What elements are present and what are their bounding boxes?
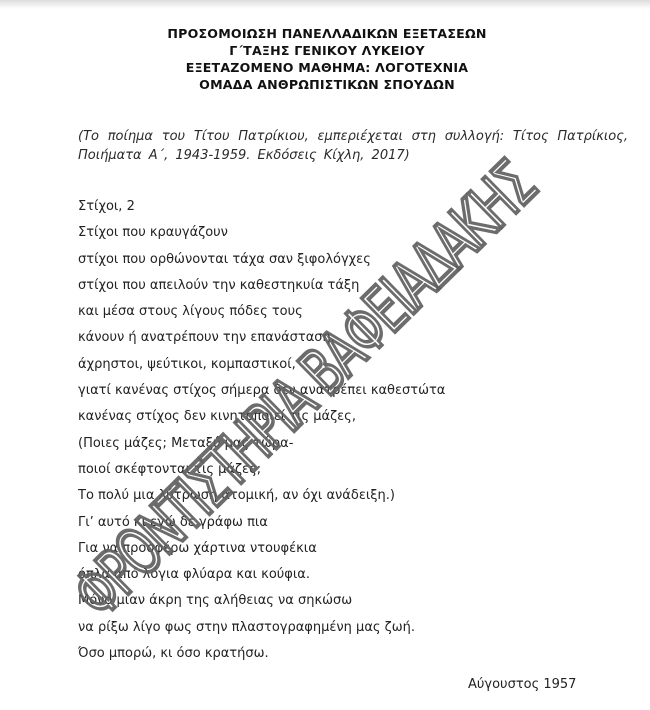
poem-verse: στίχοι που ορθώνονται τάχα σαν ξιφολόγχε… [78,247,445,273]
poem-verse: Για να προσφέρω χάρτινα ντουφέκια [78,536,445,562]
top-shade [0,0,650,9]
poem-title: Στίχοι, 2 [78,194,445,220]
header-line-exam-title: ΠΡΟΣΟΜΟΙΩΣΗ ΠΑΝΕΛΛΑΔΙΚΩΝ ΕΞΕΤΑΣΕΩΝ [0,25,650,42]
header-line-subject: ΕΞΕΤΑΖΟΜΕΝΟ ΜΑΘΗΜΑ: ΛΟΓΟΤΕΧΝΙΑ [0,59,650,76]
source-note: (Το ποίημα του Τίτου Πατρίκιου, εμπεριέχ… [78,127,628,165]
poem-verse: (Ποιες μάζες; Μεταξύ μας τώρα- [78,431,445,457]
poem-verse: Το πολύ μια λύτρωση ατομική, αν όχι ανάδ… [78,483,445,509]
poem-verse: γιατί κανένας στίχος σήμερα δεν ανατρέπε… [78,378,445,404]
header-line-group: ΟΜΑΔΑ ΑΝΘΡΩΠΙΣΤΙΚΩΝ ΣΠΟΥΔΩΝ [0,76,650,93]
poem-verse: Μόνο μιαν άκρη της αλήθειας να σηκώσω [78,588,445,614]
poem-verse: όπλα από λόγια φλύαρα και κούφια. [78,562,445,588]
poem-verse: στίχοι που απειλούν την καθεστηκυία τάξη [78,273,445,299]
poem-verse: άχρηστοι, ψεύτικοι, κομπαστικοί, [78,352,445,378]
poem-date: Αύγουστος 1957 [468,677,576,692]
poem: Στίχοι, 2 Στίχοι που κραυγάζουν στίχοι π… [78,194,445,667]
poem-verse: κάνουν ή ανατρέπουν την επανάσταση, [78,325,445,351]
poem-verse: Όσο μπορώ, κι όσο κρατήσω. [78,641,445,667]
poem-verse: Γι’ αυτό κι εγώ δε γράφω πια [78,510,445,536]
poem-verse: κανένας στίχος δεν κινητοποιεί τις μάζες… [78,404,445,430]
header-line-grade: Γ΄ΤΑΞΗΣ ΓΕΝΙΚΟΥ ΛΥΚΕΙΟΥ [0,42,650,59]
poem-verse: ποιοί σκέφτονται τις μάζες; [78,457,445,483]
poem-verse: και μέσα στους λίγους πόδες τους [78,299,445,325]
exam-header: ΠΡΟΣΟΜΟΙΩΣΗ ΠΑΝΕΛΛΑΔΙΚΩΝ ΕΞΕΤΑΣΕΩΝ Γ΄ΤΑΞ… [0,25,650,93]
poem-verse: Στίχοι που κραυγάζουν [78,220,445,246]
poem-verse: να ρίξω λίγο φως στην πλαστογραφημένη μα… [78,615,445,641]
